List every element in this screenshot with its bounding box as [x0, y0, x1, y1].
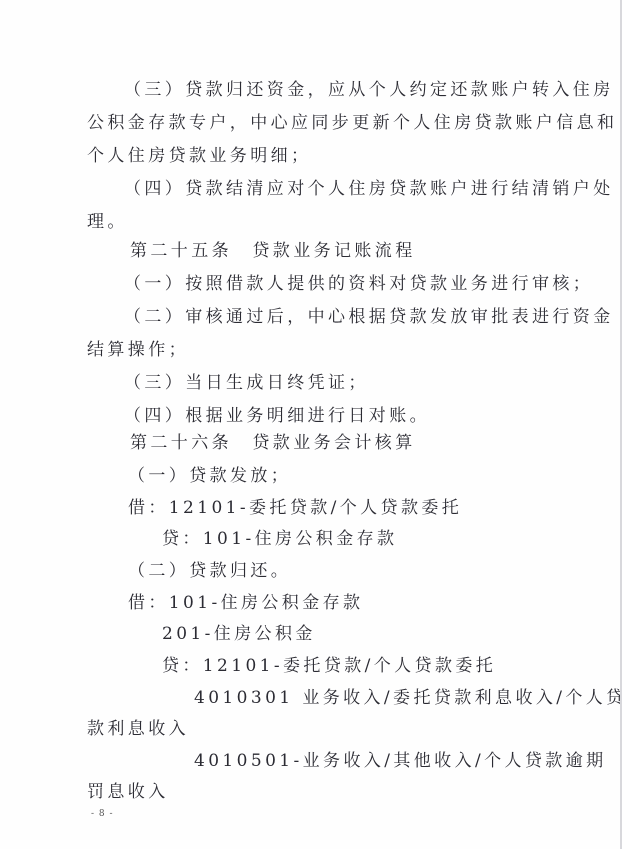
paragraph-continuation: 罚息收入: [87, 782, 169, 802]
list-item: （四）根据业务明细进行日对账。: [124, 406, 430, 426]
paragraph-continuation: 公积金存款专户，中心应同步更新个人住房贷款账户信息和: [87, 113, 617, 133]
journal-entry-debit: 借：101-住房公积金存款: [128, 593, 363, 613]
journal-entry-credit: 贷：101-住房公积金存款: [162, 529, 397, 549]
journal-entry-debit: 借：12101-委托贷款/个人贷款委托: [128, 498, 462, 518]
journal-entry-credit-continued: 4010301 业务收入/委托贷款利息收入/个人贷: [194, 688, 622, 708]
document-page: （三）贷款归还资金，应从个人约定还款账户转入住房 公积金存款专户，中心应同步更新…: [0, 0, 622, 849]
paragraph-continuation: 结算操作；: [87, 340, 189, 360]
list-item: （二）贷款归还。: [128, 561, 291, 581]
list-item: （一）贷款发放；: [128, 466, 291, 486]
paragraph-continuation: 款利息收入: [87, 719, 189, 739]
list-item: （二）审核通过后，中心根据贷款发放审批表进行资金: [124, 307, 614, 327]
journal-entry-credit: 贷：12101-委托贷款/个人贷款委托: [162, 656, 496, 676]
list-item: （三）当日生成日终凭证；: [124, 373, 369, 393]
paragraph-repayment-funds: （三）贷款归还资金，应从个人约定还款账户转入住房: [124, 80, 614, 100]
paragraph-continuation: 理。: [87, 212, 128, 232]
paragraph-loan-settlement: （四）贷款结清应对个人住房贷款账户进行结清销户处: [124, 179, 614, 199]
list-item: （一）按照借款人提供的资料对贷款业务进行审核；: [124, 274, 593, 294]
article-25-heading: 第二十五条 贷款业务记账流程: [130, 241, 416, 261]
paragraph-continuation: 个人住房贷款业务明细；: [87, 146, 311, 166]
journal-entry-credit-continued: 4010501-业务收入/其他收入/个人贷款逾期: [194, 751, 607, 771]
article-26-heading: 第二十六条 贷款业务会计核算: [130, 433, 416, 453]
page-number: - 8 -: [91, 809, 114, 819]
journal-entry-debit-continued: 201-住房公积金: [162, 624, 316, 644]
